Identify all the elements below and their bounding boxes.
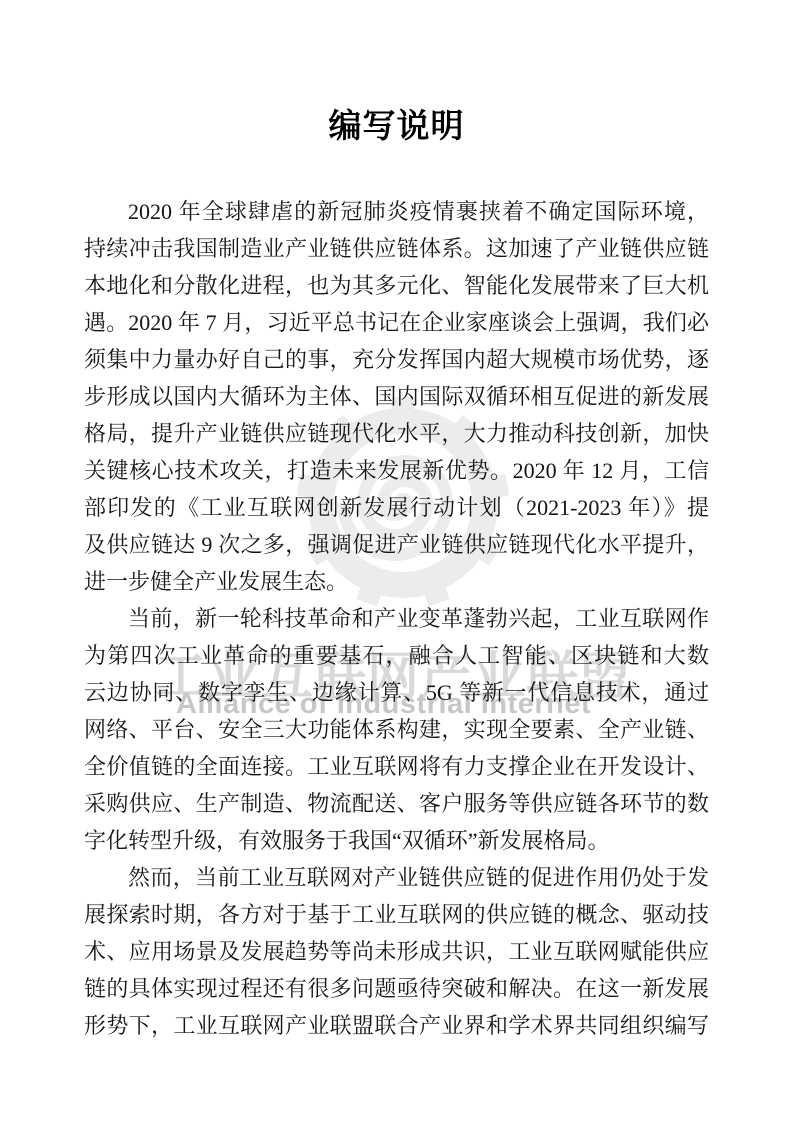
text-line: 持续冲击我国制造业产业链供应链体系。这加速了产业链供应链 (84, 230, 709, 267)
text-line: 术、应用场景及发展趋势等尚未形成共识，工业互联网赋能供应 (84, 933, 709, 970)
document-body: 2020 年全球肆虐的新冠肺炎疫情裹挟着不确定国际环境，持续冲击我国制造业产业链… (84, 193, 709, 1044)
text-line: 链的具体实现过程还有很多问题亟待突破和解决。在这一新发展 (84, 970, 709, 1007)
text-line: 本地化和分散化进程，也为其多元化、智能化发展带来了巨大机 (84, 267, 709, 304)
text-line: 字化转型升级，有效服务于我国“双循环”新发展格局。 (84, 822, 709, 859)
text-line: 为第四次工业革命的重要基石，融合人工智能、区块链和大数据、 (84, 637, 709, 674)
page-title: 编写说明 (0, 106, 793, 146)
text-line: 关键核心技术攻关，打造未来发展新优势。2020 年 12 月，工信 (84, 452, 709, 489)
text-line: 部印发的《工业互联网创新发展行动计划（2021-2023 年）》提 (84, 489, 709, 526)
text-line: 全价值链的全面连接。工业互联网将有力支撑企业在开发设计、 (84, 748, 709, 785)
text-line: 云边协同、数字孪生、边缘计算、5G 等新一代信息技术，通过 (84, 674, 709, 711)
text-line: 2020 年全球肆虐的新冠肺炎疫情裹挟着不确定国际环境， (84, 193, 709, 230)
text-line: 遇。2020 年 7 月，习近平总书记在企业家座谈会上强调，我们必 (84, 304, 709, 341)
text-line: 形势下，工业互联网产业联盟联合产业界和学术界共同组织编写 (84, 1007, 709, 1044)
text-line: 格局，提升产业链供应链现代化水平，大力推动科技创新，加快 (84, 415, 709, 452)
text-line: 进一步健全产业发展生态。 (84, 563, 709, 600)
document-page: 工业互联网产业联盟 Alliance of Industrial Interne… (0, 0, 793, 1122)
document-content: 编写说明 2020 年全球肆虐的新冠肺炎疫情裹挟着不确定国际环境，持续冲击我国制… (0, 0, 793, 1122)
text-line: 网络、平台、安全三大功能体系构建，实现全要素、全产业链、 (84, 711, 709, 748)
text-line: 采购供应、生产制造、物流配送、客户服务等供应链各环节的数 (84, 785, 709, 822)
text-line: 当前，新一轮科技革命和产业变革蓬勃兴起，工业互联网作 (84, 600, 709, 637)
text-line: 及供应链达 9 次之多，强调促进产业链供应链现代化水平提升， (84, 526, 709, 563)
text-line: 须集中力量办好自己的事，充分发挥国内超大规模市场优势，逐 (84, 341, 709, 378)
text-line: 步形成以国内大循环为主体、国内国际双循环相互促进的新发展 (84, 378, 709, 415)
text-line: 展探索时期，各方对于基于工业互联网的供应链的概念、驱动技 (84, 896, 709, 933)
text-line: 然而，当前工业互联网对产业链供应链的促进作用仍处于发 (84, 859, 709, 896)
